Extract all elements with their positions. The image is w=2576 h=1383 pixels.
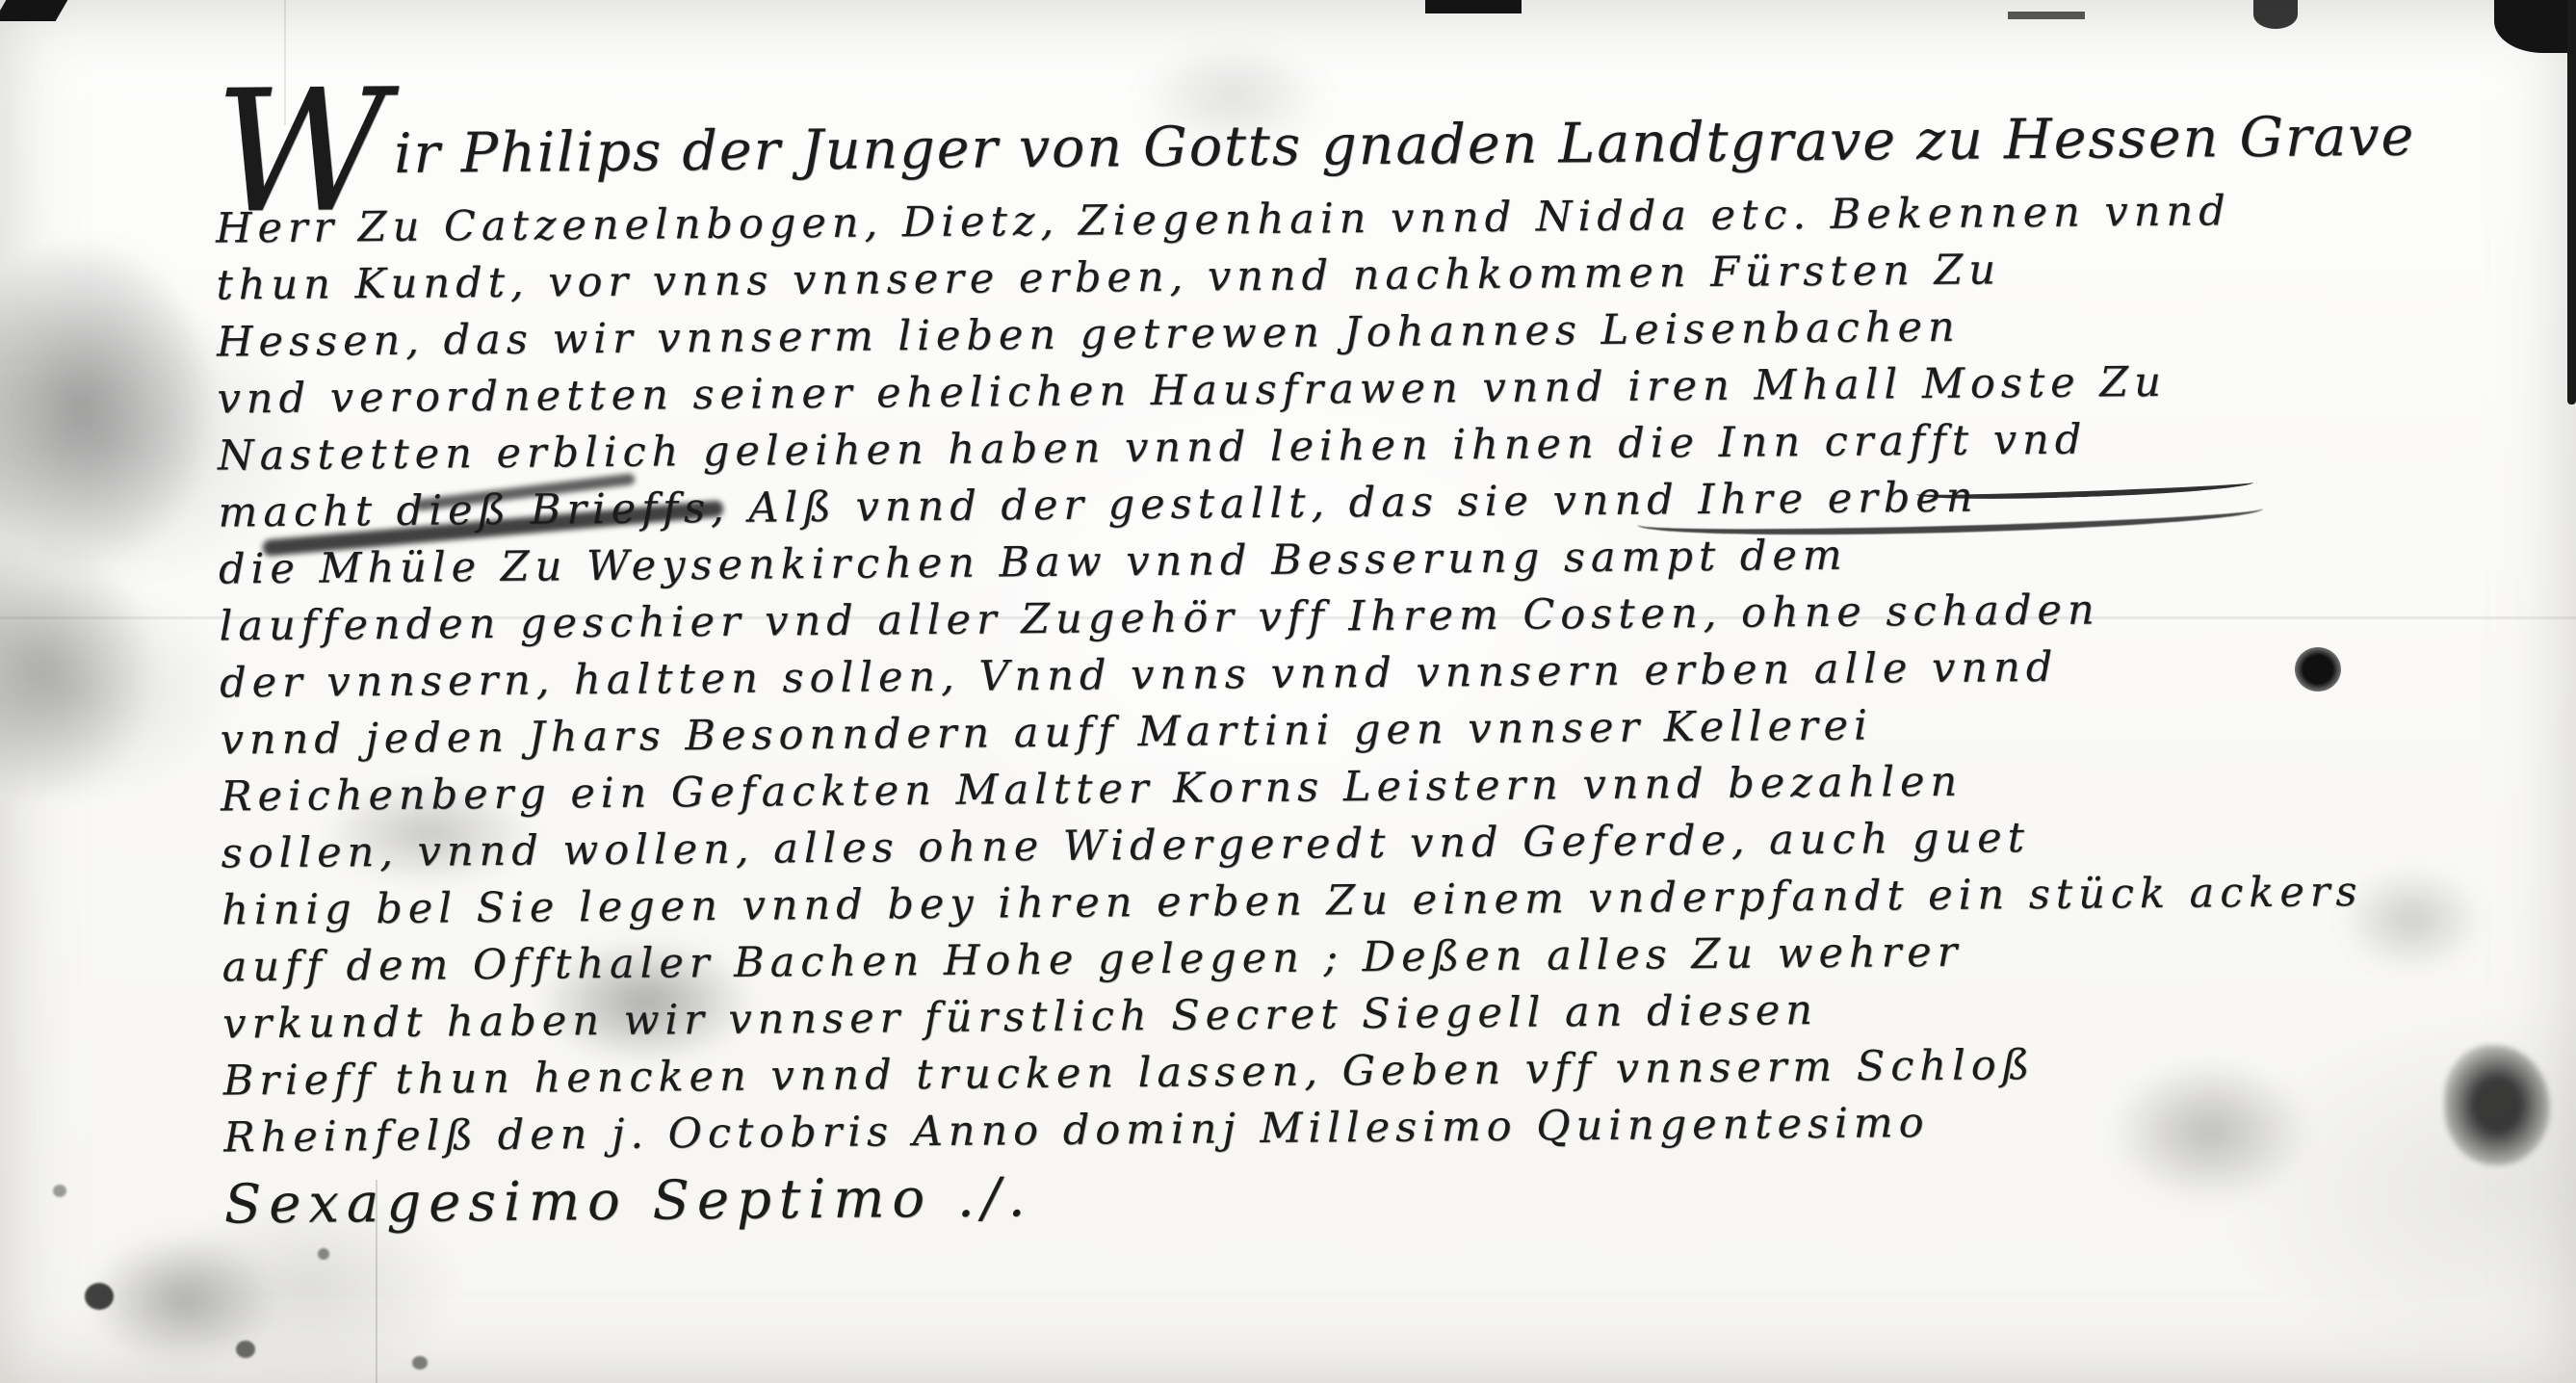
- torn-edge-top-left: [0, 0, 67, 21]
- ink-spot-bottom-left-1: [85, 1283, 114, 1310]
- torn-edge-top-right-2: [2253, 0, 2298, 29]
- manuscript-line: Sexagesimo Septimo ./.: [224, 1157, 2536, 1234]
- torn-edge-top-right: [2494, 0, 2576, 53]
- dark-right-edge: [2567, 0, 2576, 404]
- manuscript-page: Wir Philips der Junger von Gotts gnaden …: [0, 0, 2576, 1383]
- ink-spot-bottom-left-5: [53, 1185, 66, 1197]
- ink-spot-bottom-left-2: [236, 1341, 255, 1358]
- heading-text: ir Philips der Junger von Gotts gnaden L…: [394, 105, 2416, 186]
- stain-left-middle: [0, 539, 154, 799]
- manuscript-body: Herr Zu Catzenelnbogen, Dietz, Ziegenhai…: [216, 181, 2536, 1234]
- ink-spot-bottom-left-4: [318, 1248, 329, 1260]
- heading-line: Wir Philips der Junger von Gotts gnaden …: [215, 104, 2526, 188]
- torn-edge-top-middle: [1425, 0, 1522, 13]
- stain-left-upper: [0, 246, 212, 563]
- manuscript-text-block: Wir Philips der Junger von Gotts gnaden …: [215, 104, 2536, 1234]
- torn-edge-top-middle-2: [2008, 12, 2085, 19]
- ink-spot-bottom-left-3: [412, 1356, 428, 1370]
